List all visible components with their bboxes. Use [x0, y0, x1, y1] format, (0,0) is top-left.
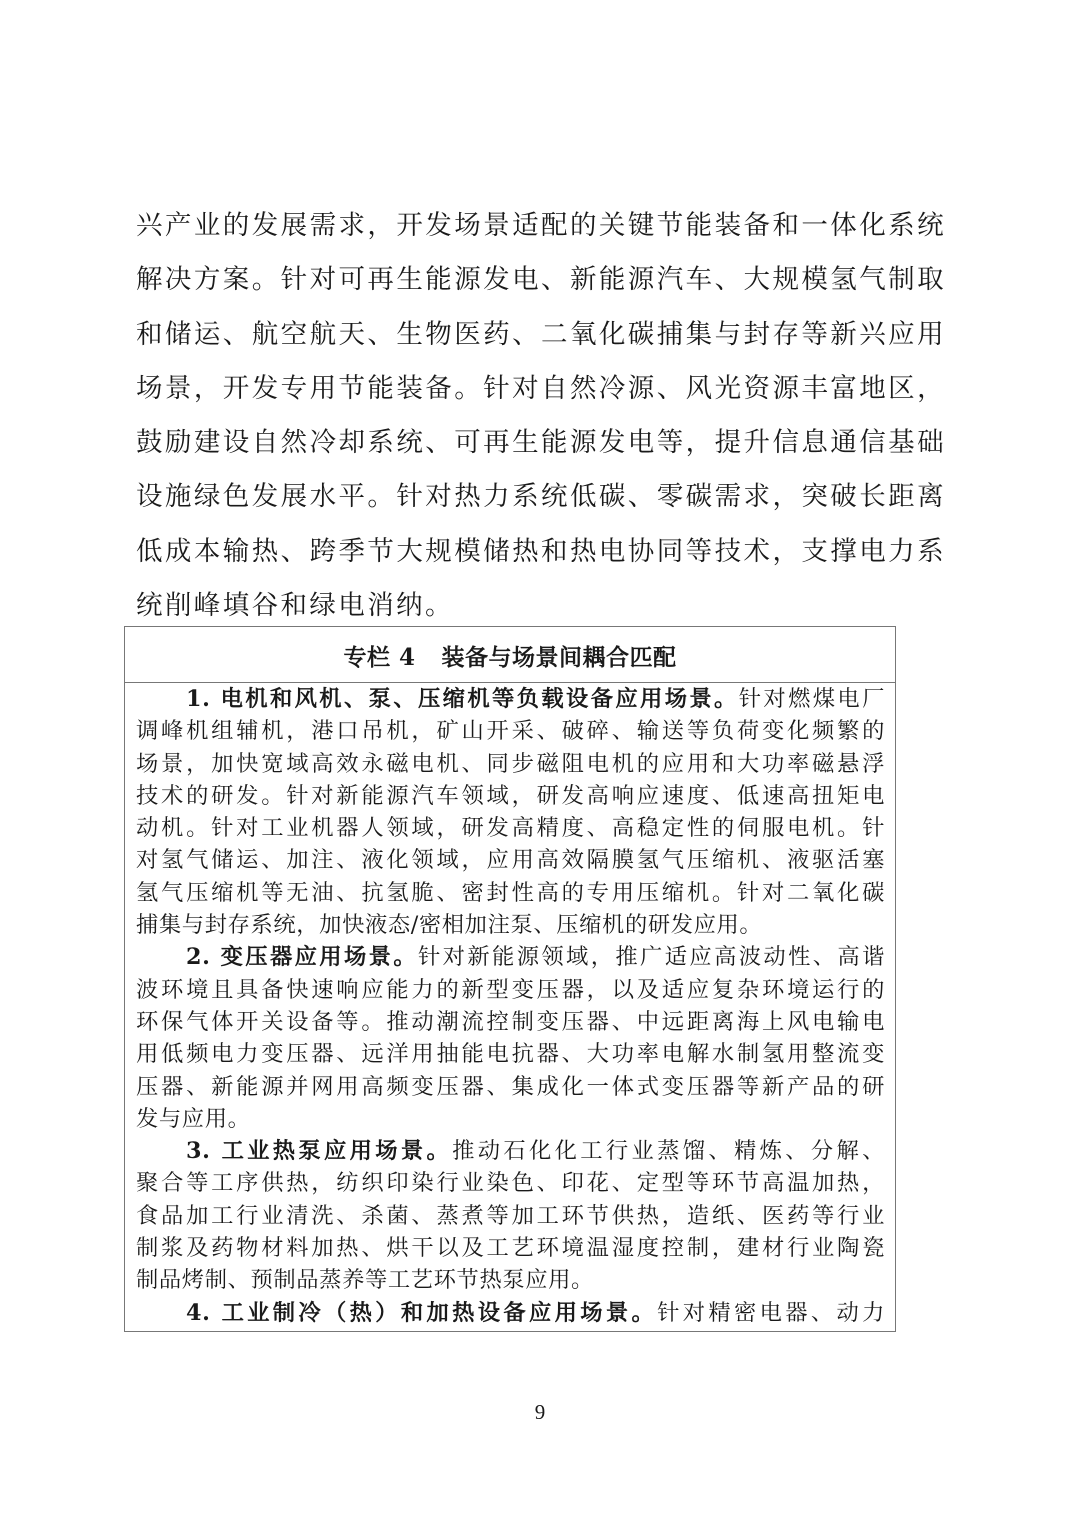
column-item-4-first-line: 4. 工业制冷（热）和加热设备应用场景。针对精密电器、动力	[136, 1297, 885, 1329]
column-item-text: 针对精密电器、动力	[657, 1300, 885, 1326]
column-line: 场景，加快宽域高效永磁电机、同步磁阻电机的应用和大功率磁悬浮	[136, 748, 885, 780]
column-title-text: 装备与场景间耦合匹配	[442, 644, 677, 671]
column-title-cell: 专栏 4装备与场景间耦合匹配	[125, 627, 895, 683]
column-line: 发与应用。	[136, 1103, 885, 1135]
column-line: 氢气压缩机等无油、抗氢脆、密封性高的专用压缩机。针对二氧化碳	[136, 877, 885, 909]
column-line: 食品加工行业清洗、杀菌、蒸煮等加工环节供热，造纸、医药等行业	[136, 1200, 885, 1232]
column-item-heading: 1. 电机和风机、泵、压缩机等负载设备应用场景。	[186, 686, 739, 712]
column-title-label: 专栏 4	[343, 644, 415, 671]
column-body: 1. 电机和风机、泵、压缩机等负载设备应用场景。针对燃煤电厂 调峰机组辅机，港口…	[125, 683, 895, 1329]
document-page: 兴产业的发展需求，开发场景适配的关键节能装备和一体化系统 解决方案。针对可再生能…	[0, 0, 1080, 1527]
body-line: 场景，开发专用节能装备。针对自然冷源、风光资源丰富地区，	[136, 362, 946, 416]
column-item-heading: 4. 工业制冷（热）和加热设备应用场景。	[186, 1300, 657, 1326]
body-line: 鼓励建设自然冷却系统、可再生能源发电等，提升信息通信基础	[136, 416, 946, 470]
body-line: 和储运、航空航天、生物医药、二氧化碳捕集与封存等新兴应用	[136, 308, 946, 362]
column-line: 聚合等工序供热，纺织印染行业染色、印花、定型等环节高温加热，	[136, 1167, 885, 1199]
column-title: 专栏 4装备与场景间耦合匹配	[343, 639, 676, 672]
column-item-heading: 3. 工业热泵应用场景。	[186, 1138, 452, 1164]
page-number: 9	[0, 1400, 1080, 1425]
column-line: 波环境且具备快速响应能力的新型变压器，以及适应复杂环境运行的	[136, 974, 885, 1006]
column-line: 动机。针对工业机器人领域，研发高精度、高稳定性的伺服电机。针	[136, 812, 885, 844]
column-box: 专栏 4装备与场景间耦合匹配 1. 电机和风机、泵、压缩机等负载设备应用场景。针…	[124, 626, 896, 1332]
column-line: 制浆及药物材料加热、烘干以及工艺环境温湿度控制，建材行业陶瓷	[136, 1232, 885, 1264]
column-line: 捕集与封存系统，加快液态/密相加注泵、压缩机的研发应用。	[136, 909, 885, 941]
column-line: 对氢气储运、加注、液化领域，应用高效隔膜氢气压缩机、液驱活塞	[136, 844, 885, 876]
column-line: 用低频电力变压器、远洋用抽能电抗器、大功率电解水制氢用整流变	[136, 1038, 885, 1070]
column-item-text: 针对燃煤电厂	[739, 686, 885, 712]
body-paragraph: 兴产业的发展需求，开发场景适配的关键节能装备和一体化系统 解决方案。针对可再生能…	[136, 199, 946, 633]
body-line: 兴产业的发展需求，开发场景适配的关键节能装备和一体化系统	[136, 199, 946, 253]
column-item-heading: 2. 变压器应用场景。	[186, 944, 418, 970]
column-line: 压器、新能源并网用高频变压器、集成化一体式变压器等新产品的研	[136, 1071, 885, 1103]
column-item-text: 针对新能源领域，推广适应高波动性、高谐	[418, 944, 885, 970]
column-item-1-first-line: 1. 电机和风机、泵、压缩机等负载设备应用场景。针对燃煤电厂	[136, 683, 885, 715]
column-line: 环保气体开关设备等。推动潮流控制变压器、中远距离海上风电输电	[136, 1006, 885, 1038]
column-line: 制品烤制、预制品蒸养等工艺环节热泵应用。	[136, 1264, 885, 1296]
column-line: 调峰机组辅机，港口吊机，矿山开采、破碎、输送等负荷变化频繁的	[136, 715, 885, 747]
column-item-2-first-line: 2. 变压器应用场景。针对新能源领域，推广适应高波动性、高谐	[136, 941, 885, 973]
column-item-3-first-line: 3. 工业热泵应用场景。推动石化化工行业蒸馏、精炼、分解、	[136, 1135, 885, 1167]
body-line: 低成本输热、跨季节大规模储热和热电协同等技术，支撑电力系	[136, 525, 946, 579]
column-line: 技术的研发。针对新能源汽车领域，研发高响应速度、低速高扭矩电	[136, 780, 885, 812]
body-line: 解决方案。针对可再生能源发电、新能源汽车、大规模氢气制取	[136, 253, 946, 307]
body-line: 设施绿色发展水平。针对热力系统低碳、零碳需求，突破长距离	[136, 470, 946, 524]
column-item-text: 推动石化化工行业蒸馏、精炼、分解、	[452, 1138, 885, 1164]
